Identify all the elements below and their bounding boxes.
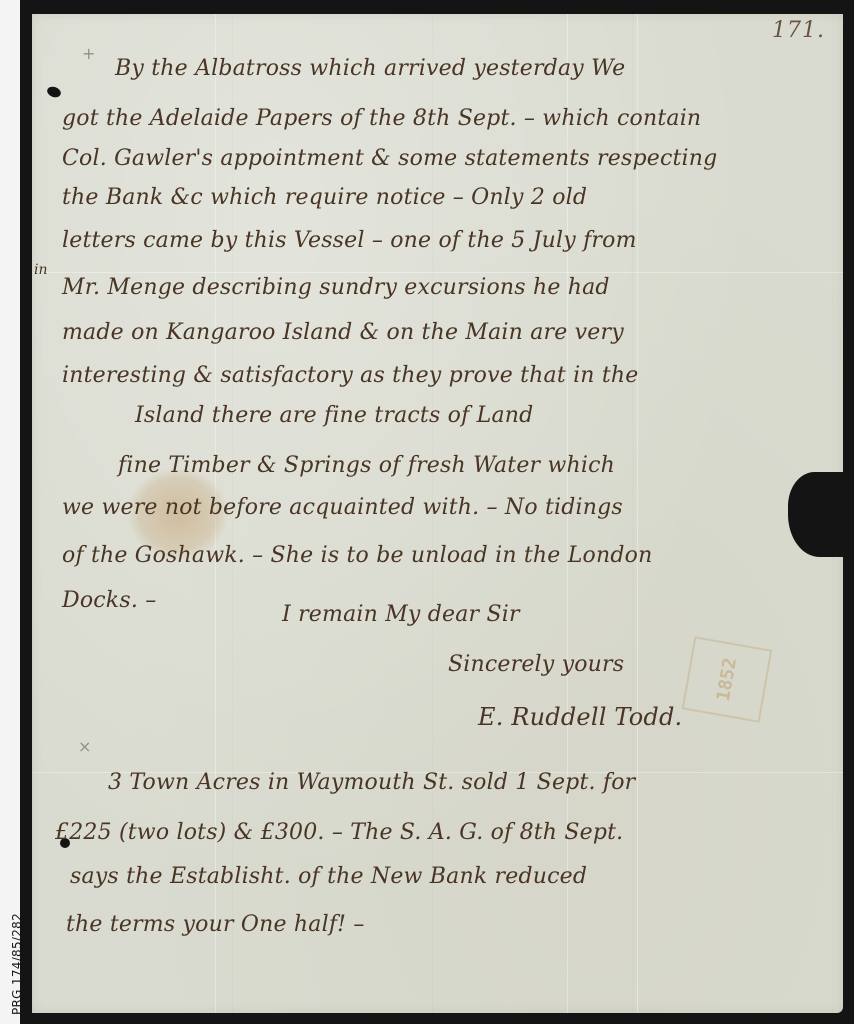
letter-line: Col. Gawler's appointment & some stateme…: [62, 146, 717, 171]
postscript-line: £225 (two lots) & £300. – The S. A. G. o…: [55, 820, 623, 845]
letter-line: the Bank &c which require notice – Only …: [62, 185, 587, 210]
fold-line: [32, 272, 843, 273]
pencil-mark-icon: ×: [78, 737, 91, 756]
closing-sincerely: Sincerely yours: [448, 652, 624, 677]
letter-line: Island there are fine tracts of Land: [135, 403, 533, 428]
closing-remain: I remain My dear Sir: [282, 602, 520, 627]
letter-line: of the Goshawk. – She is to be unload in…: [62, 543, 652, 568]
postscript-line: 3 Town Acres in Waymouth St. sold 1 Sept…: [108, 770, 635, 795]
postscript-line: says the Establisht. of the New Bank red…: [70, 864, 587, 889]
signature: E. Ruddell Todd.: [478, 703, 682, 731]
left-margin-strip: [0, 0, 20, 1024]
letter-line: got the Adelaide Papers of the 8th Sept.…: [62, 106, 701, 131]
postscript-line: the terms your One half! –: [66, 912, 365, 937]
letter-line: made on Kangaroo Island & on the Main ar…: [62, 320, 624, 345]
letter-line: Docks. –: [62, 588, 156, 613]
letter-line: Mr. Menge describing sundry excursions h…: [62, 275, 610, 300]
margin-note: in: [34, 262, 48, 278]
torn-edge-notch: [788, 472, 854, 557]
letter-line: we were not before acquainted with. – No…: [62, 495, 623, 520]
page-number: 171.: [772, 18, 825, 43]
letter-line: letters came by this Vessel – one of the…: [62, 228, 637, 253]
letter-line: By the Albatross which arrived yesterday…: [115, 56, 625, 81]
letter-line: fine Timber & Springs of fresh Water whi…: [118, 453, 615, 478]
pencil-mark-icon: +: [82, 44, 95, 63]
faded-postmark-stamp: 1852: [682, 636, 773, 723]
letter-line: interesting & satisfactory as they prove…: [62, 363, 639, 388]
